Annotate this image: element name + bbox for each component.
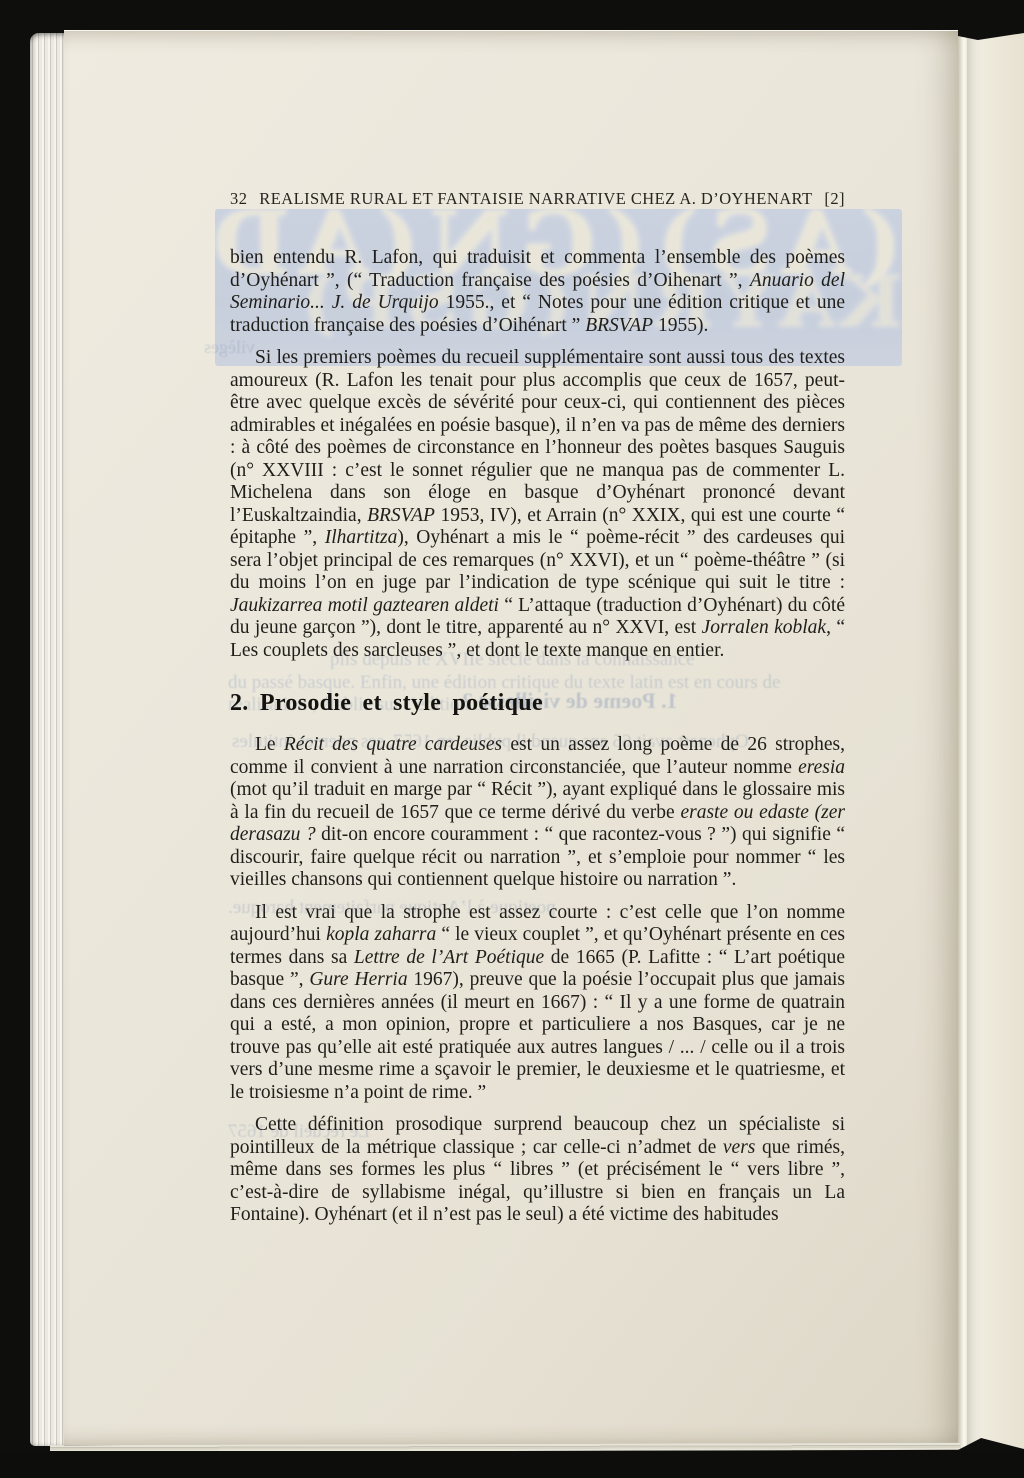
paragraph-continuation: bien entendu R. Lafon, qui traduisit et …	[230, 247, 845, 337]
paragraph: Il est vrai que la strophe est assez cou…	[230, 902, 845, 1105]
italic-text-run: Ilhartitza	[325, 527, 398, 548]
italic-text-run: Lettre de l’Art Poétique	[354, 947, 544, 968]
text-run: 1955).	[653, 315, 708, 336]
photo-bottom-background	[0, 1451, 1024, 1478]
italic-text-run: Jaukizarrea motil gaztearen aldeti	[230, 595, 499, 616]
section-heading: 2. Prosodie et style poétique	[230, 690, 845, 716]
page-stack-edges	[30, 33, 64, 1446]
italic-text-run: Récit des quatre cardeuses	[284, 734, 502, 755]
italic-text-run: kopla zaharra	[326, 924, 436, 945]
italic-text-run: vers	[723, 1137, 756, 1158]
paragraph: Le Récit des quatre cardeuses est un ass…	[230, 734, 845, 892]
italic-text-run: eresia	[798, 757, 845, 778]
paragraph: Si les premiers poèmes du recueil supplé…	[230, 347, 845, 662]
italic-text-run: BRSVAP	[367, 505, 435, 526]
running-header: 32 REALISME RURAL ET FANTAISIE NARRATIVE…	[230, 189, 845, 209]
text-run: dit-on encore couramment : “ que raconte…	[230, 824, 845, 890]
page-content: 32 REALISME RURAL ET FANTAISIE NARRATIVE…	[230, 189, 845, 1227]
running-title: REALISME RURAL ET FANTAISIE NARRATIVE CH…	[247, 189, 824, 209]
text-run: Le	[255, 734, 284, 755]
italic-text-run: Gure Herria	[309, 969, 407, 990]
book-photo: (AS)(GN(ADKAYRN(GSP) plis depuis le XVII…	[0, 0, 1024, 1478]
issue-marker: [2]	[824, 189, 845, 209]
italic-text-run: Jorralen koblak	[702, 617, 827, 638]
page-number: 32	[230, 189, 247, 209]
text-run: Si les premiers poèmes du recueil supplé…	[230, 347, 845, 526]
italic-text-run: BRSVAP	[585, 315, 653, 336]
paragraph: Cette définition prosodique surprend bea…	[230, 1114, 845, 1227]
facing-page-edge	[967, 33, 1024, 1453]
book-page: (AS)(GN(ADKAYRN(GSP) plis depuis le XVII…	[64, 30, 963, 1445]
